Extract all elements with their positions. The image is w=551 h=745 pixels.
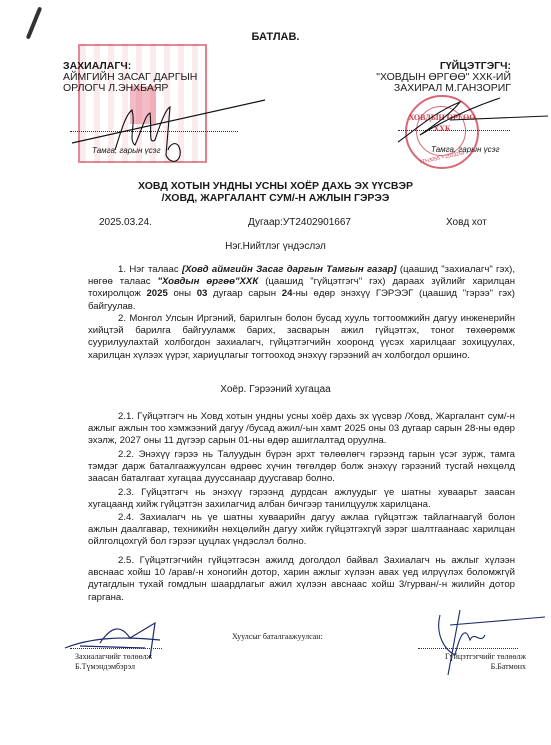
contractor-signature-line (398, 130, 510, 131)
clause-1: 1. Нэг талаас [Ховд аймгийн Засаг даргын… (88, 264, 515, 313)
customer-name: ОРЛОГЧ Л.ЭНХБАЯР (63, 83, 197, 94)
customer-rep-block: Захиалагчийг төлөөлж Б.Түмэндэмбэрэл (75, 652, 152, 672)
stamp-company-name: ХОВДЫН ӨРГӨӨ (407, 113, 477, 122)
contract-number: Дугаар:УТ2402901667 (248, 217, 351, 228)
customer-rep-name: Б.Түмэндэмбэрэл (75, 662, 152, 672)
title-line-1: ХОВД ХОТЫН УНДНЫ УСНЫ ХОЁР ДАХЬ ЭХ ҮҮСВЭ… (0, 180, 551, 192)
contractor-rep-line (418, 648, 518, 649)
title-line-2: /ХОВД, ЖАРГАЛАНТ СУМ/-Н АЖЛЫН ГЭРЭЭ (0, 192, 551, 204)
approve-heading: БАТЛАВ. (0, 31, 551, 43)
contract-date: 2025.03.24. (99, 217, 152, 228)
contractor-name: ЗАХИРАЛ М.ГАНЗОРИГ (376, 83, 511, 94)
customer-seal-caption: Тамга, гарын үсэг (92, 146, 161, 155)
contractor-rep-block: Гүйцэтгэгчийг төлөөлж Б.Батмөнх (416, 652, 526, 672)
clause-2-5: 2.5. Гүйцэтгэгчийн гүйцэтгэсэн ажилд дог… (88, 555, 515, 604)
section-1-heading: Нэг.Нийтлэг үндэслэл (0, 241, 551, 252)
contractor-block: ГҮЙЦЭТГЭГЧ: "ХОВДЫН ӨРГӨӨ" ХХК-ИЙ ЗАХИРА… (376, 61, 511, 94)
clause-2-1: 2.1. Гүйцэтгэгч нь Ховд хотын ундны усны… (88, 411, 515, 448)
document-title: ХОВД ХОТЫН УНДНЫ УСНЫ ХОЁР ДАХЬ ЭХ ҮҮСВЭ… (0, 180, 551, 204)
stamp-company-type: ХХК (407, 124, 477, 133)
contractor-seal-caption: Тамга, гарын үсэг (431, 145, 500, 154)
section-2-heading: Хоёр. Гэрээний хугацаа (0, 384, 551, 395)
customer-block: ЗАХИАЛАГЧ: АЙМГИЙН ЗАСАГ ДАРГЫН ОРЛОГЧ Л… (63, 61, 197, 94)
customer-rep-role: Захиалагчийг төлөөлж (75, 652, 152, 662)
clause-2: 2. Монгол Улсын Иргэний, барилгын болон … (88, 313, 515, 362)
contractor-rep-name: Б.Батмөнх (416, 662, 526, 672)
copy-verified-label: Хуулсыг баталгаажуулсан: (232, 632, 323, 641)
contractor-stamp: ХОВДЫН ӨРГӨӨ ХХК ТТН3055 = 2033259 (405, 95, 479, 169)
contractor-rep-role: Гүйцэтгэгчийг төлөөлж (416, 652, 526, 662)
customer-rep-line (70, 648, 162, 649)
clause-2-4: 2.4. Захиалагч нь үе шатны хуваарийн даг… (88, 512, 515, 549)
customer-signature-line (70, 131, 238, 132)
clause-2-2: 2.2. Энэхүү гэрээ нь Талуудын бүрэн эрхт… (88, 449, 515, 486)
clause-2-3: 2.3. Гүйцэтгэгч нь энэхүү гэрээнд дурдса… (88, 487, 515, 511)
contract-place: Ховд хот (446, 217, 487, 228)
